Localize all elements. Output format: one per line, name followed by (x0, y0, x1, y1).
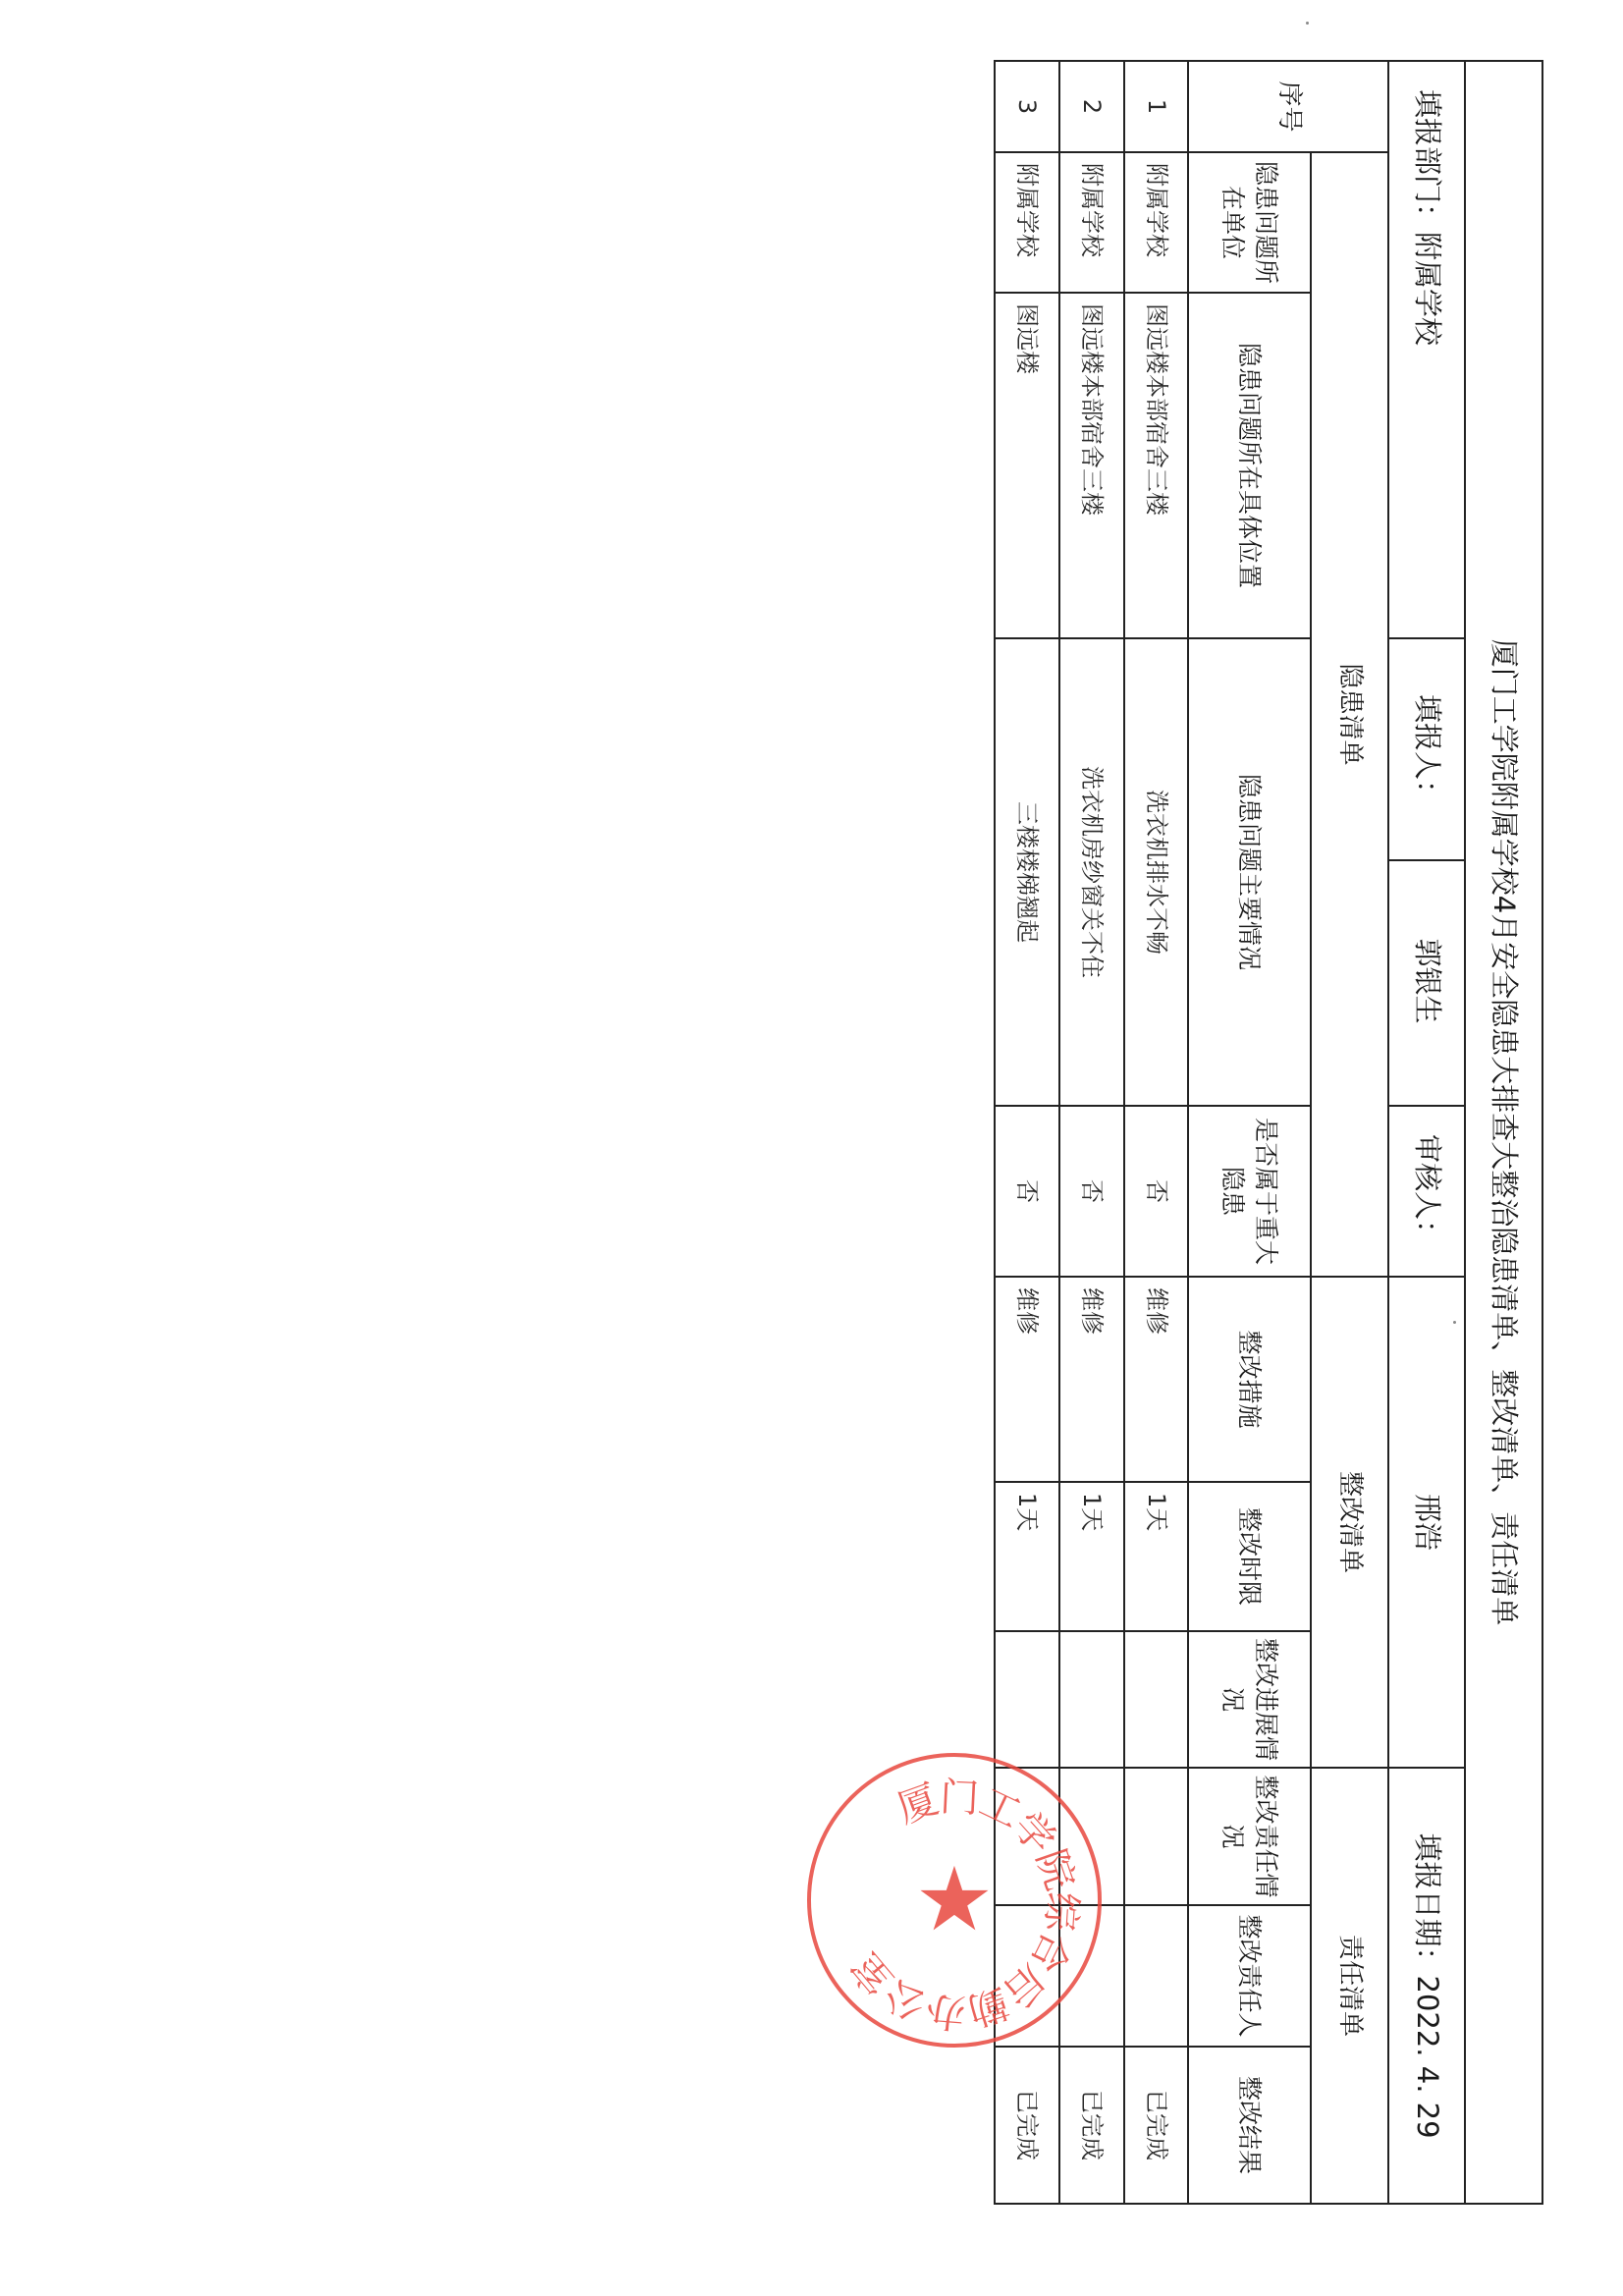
cell-measure: 维修 (1124, 1277, 1188, 1482)
col-header-person: 整改责任人 (1188, 1905, 1311, 2047)
scan-speck (1453, 1321, 1456, 1324)
cell-no: 2 (1059, 61, 1124, 152)
cell-major: 否 (1059, 1106, 1124, 1277)
cell-progress (995, 1631, 1059, 1768)
reporter-name: 郭银生 (1389, 861, 1464, 1101)
col-header-location: 隐患问题所在具体位置 (1188, 293, 1311, 638)
cell-progress (1059, 1631, 1124, 1768)
cell-issue: 洗衣机排水不畅 (1124, 638, 1188, 1106)
col-header-issue: 隐患问题主要情况 (1188, 638, 1311, 1106)
cell-measure: 维修 (1059, 1277, 1124, 1482)
cell-result: 已完成 (1124, 2047, 1188, 2204)
seal-char: 办 (924, 1985, 967, 2044)
col-header-deadline: 整改时限 (1188, 1482, 1311, 1631)
cell-result: 已完成 (1059, 2047, 1124, 2204)
cell-unit: 附属学校 (1059, 152, 1124, 293)
scan-speck (1306, 22, 1309, 25)
cell-issue: 三楼楼梯翘起 (995, 638, 1059, 1106)
cell-no: 3 (995, 61, 1059, 152)
seal-char: 厦 (889, 1769, 945, 1834)
col-header-result: 整改结果 (1188, 2047, 1311, 2204)
seal-char: 门 (939, 1766, 981, 1824)
cell-progress (1124, 1631, 1188, 1768)
group-responsibility-list: 责任清单 (1311, 1768, 1388, 2204)
cell-deadline: 1天 (1124, 1482, 1188, 1631)
col-header-progress: 整改进展情况 (1188, 1631, 1311, 1768)
cell-duty (1124, 1768, 1188, 1905)
cell-duty (995, 1768, 1059, 1905)
col-header-unit: 隐患问题所在单位 (1188, 152, 1311, 293)
reporter-group: 填报人： 郭银生 (1388, 638, 1465, 1106)
cell-duty (1059, 1768, 1124, 1905)
cell-unit: 附属学校 (1124, 152, 1188, 293)
cell-result: 已完成 (995, 2047, 1059, 2204)
cell-location: 图远楼本部宿舍三楼 (1059, 293, 1124, 638)
cell-major: 否 (1124, 1106, 1188, 1277)
cell-unit: 附属学校 (995, 152, 1059, 293)
hazard-table: 厦门工学院附属学校4月安全隐患大排查大整治隐患清单、整改清单、责任清单 填报部门… (994, 60, 1543, 2205)
cell-person (995, 1905, 1059, 2047)
reporter-label: 填报人： (1389, 643, 1464, 861)
col-header-measure: 整改措施 (1188, 1277, 1311, 1482)
table-row: 3 附属学校 图远楼 三楼楼梯翘起 否 维修 1天 已完成 (995, 61, 1059, 2204)
seal-char: 室 (837, 1942, 904, 2008)
table-row: 2 附属学校 图远楼本部宿舍三楼 洗衣机房纱窗关不住 否 维修 1天 已完成 (1059, 61, 1124, 2204)
cell-measure: 维修 (995, 1277, 1059, 1482)
reviewer-name: 邢浩 (1388, 1277, 1465, 1768)
report-date: 填报日期：2022. 4. 29 (1388, 1768, 1465, 2204)
cell-person (1059, 1905, 1124, 2047)
cell-deadline: 1天 (1059, 1482, 1124, 1631)
group-hazard-list: 隐患清单 (1311, 152, 1388, 1277)
cell-major: 否 (995, 1106, 1059, 1277)
cell-no: 1 (1124, 61, 1188, 152)
seal-char: 公 (874, 1969, 935, 2037)
star-icon: ★ (910, 1856, 999, 1944)
reviewer-label: 审核人： (1388, 1106, 1465, 1277)
cell-person (1124, 1905, 1188, 2047)
table-row: 1 附属学校 图远楼本部宿舍三楼 洗衣机排水不畅 否 维修 1天 已完成 (1124, 61, 1188, 2204)
cell-deadline: 1天 (995, 1482, 1059, 1631)
col-header-major: 是否属于重大隐患 (1188, 1106, 1311, 1277)
document-title: 厦门工学院附属学校4月安全隐患大排查大整治隐患清单、整改清单、责任清单 (1465, 61, 1542, 2204)
hazard-rectification-sheet: 厦门工学院附属学校4月安全隐患大排查大整治隐患清单、整改清单、责任清单 填报部门… (998, 60, 1543, 2203)
group-rectify-list: 整改清单 (1311, 1277, 1388, 1768)
department-field: 填报部门：附属学校 (1388, 61, 1465, 638)
cell-location: 图远楼本部宿舍三楼 (1124, 293, 1188, 638)
cell-location: 图远楼 (995, 293, 1059, 638)
col-header-duty: 整改责任情况 (1188, 1768, 1311, 1905)
col-header-no: 序号 (1188, 61, 1388, 152)
cell-issue: 洗衣机房纱窗关不住 (1059, 638, 1124, 1106)
